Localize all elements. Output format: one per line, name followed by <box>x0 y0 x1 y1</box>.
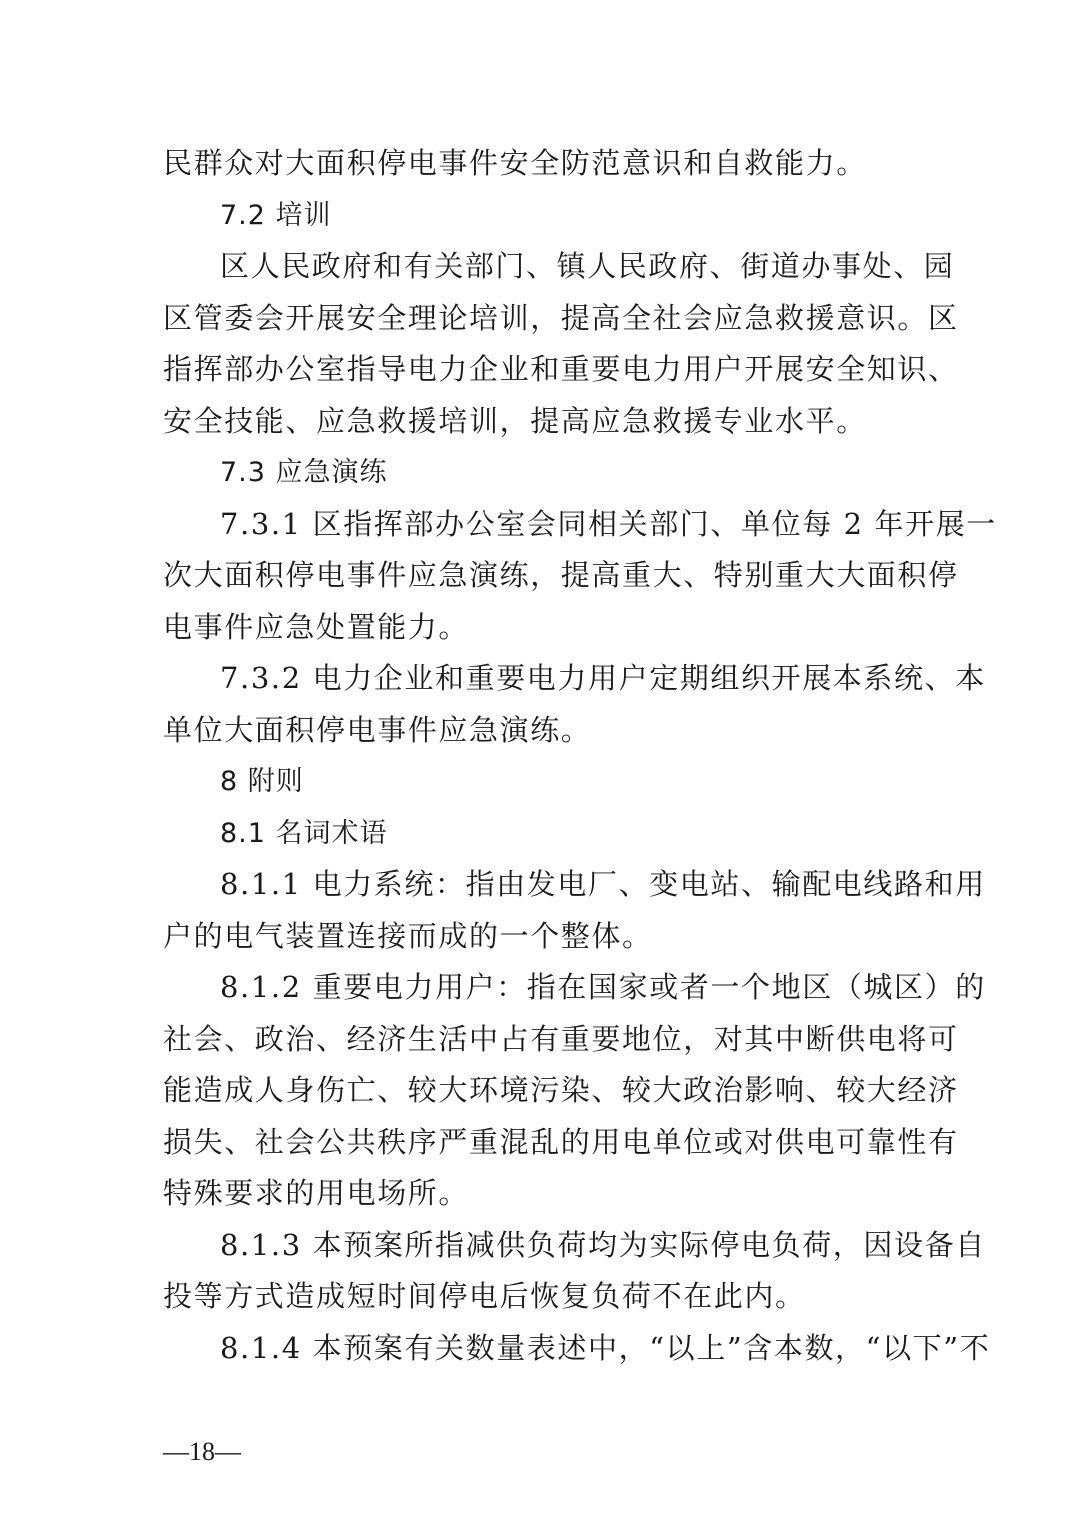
section-heading: 7.3 应急演练 <box>163 447 913 499</box>
text-line: 投等方式造成短时间停电后恢复负荷不在此内。 <box>163 1271 913 1323</box>
text-line: 单位大面积停电事件应急演练。 <box>163 705 913 757</box>
text-line: 损失、社会公共秩序严重混乱的用电单位或对供电可靠性有 <box>163 1117 913 1169</box>
text-line: 区管委会开展安全理论培训，提高全社会应急救援意识。区 <box>163 293 913 345</box>
text-line: 电事件应急处置能力。 <box>163 602 913 654</box>
text-line: 7.3.2 电力企业和重要电力用户定期组织开展本系统、本 <box>163 653 913 705</box>
page-number: —18— <box>163 1437 241 1467</box>
text-line: 安全技能、应急救援培训，提高应急救援专业水平。 <box>163 396 913 448</box>
text-line: 区人民政府和有关部门、镇人民政府、街道办事处、园 <box>163 241 913 293</box>
section-heading: 8 附则 <box>163 756 913 808</box>
text-line: 特殊要求的用电场所。 <box>163 1168 913 1220</box>
section-heading: 7.2 培训 <box>163 190 913 242</box>
text-line: 8.1.3 本预案所指减供负荷均为实际停电负荷，因设备自 <box>163 1220 913 1272</box>
text-line: 8.1.1 电力系统：指由发电厂、变电站、输配电线路和用 <box>163 859 913 911</box>
text-line: 民群众对大面积停电事件安全防范意识和自救能力。 <box>163 138 913 190</box>
text-line: 社会、政治、经济生活中占有重要地位，对其中断供电将可 <box>163 1014 913 1066</box>
text-line: 8.1.4 本预案有关数量表述中，“以上”含本数，“以下”不 <box>163 1323 913 1375</box>
text-line: 8.1.2 重要电力用户：指在国家或者一个地区（城区）的 <box>163 962 913 1014</box>
document-page: 民群众对大面积停电事件安全防范意识和自救能力。7.2 培训区人民政府和有关部门、… <box>163 138 913 1374</box>
text-line: 指挥部办公室指导电力企业和重要电力用户开展安全知识、 <box>163 344 913 396</box>
text-line: 次大面积停电事件应急演练，提高重大、特别重大大面积停 <box>163 550 913 602</box>
section-heading: 8.1 名词术语 <box>163 808 913 860</box>
text-line: 能造成人身伤亡、较大环境污染、较大政治影响、较大经济 <box>163 1065 913 1117</box>
text-line: 户的电气装置连接而成的一个整体。 <box>163 911 913 963</box>
text-line: 7.3.1 区指挥部办公室会同相关部门、单位每 2 年开展一 <box>163 499 913 551</box>
